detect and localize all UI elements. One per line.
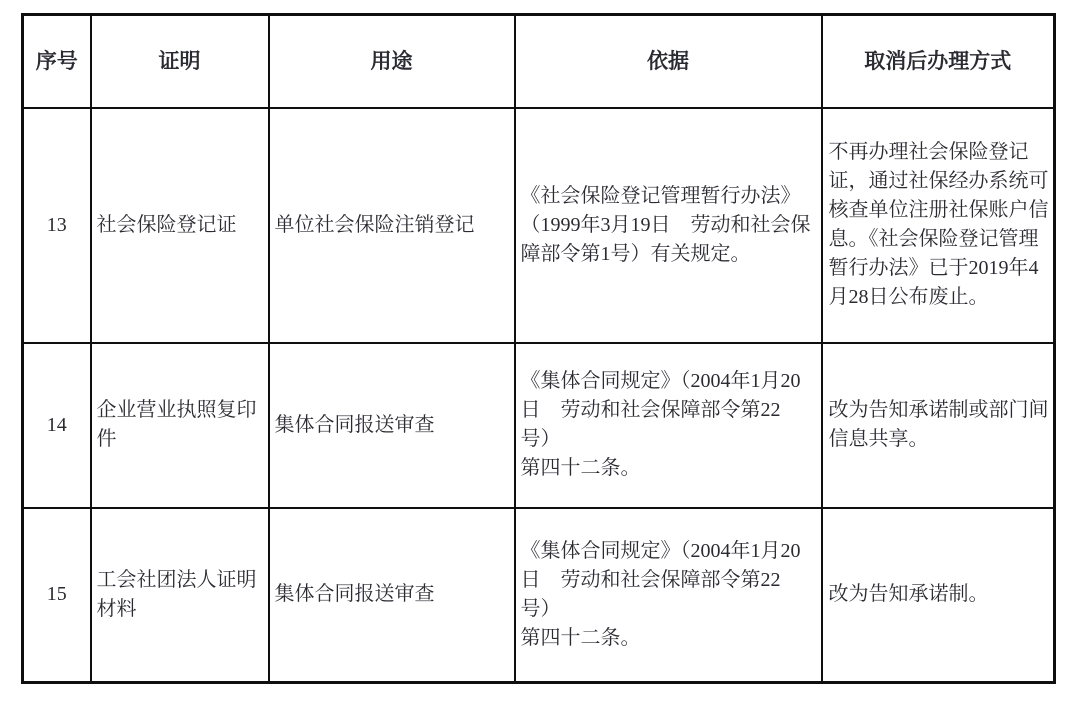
table-row: 13 社会保险登记证 单位社会保险注销登记 《社会保险登记管理暂行办法》 （19… bbox=[23, 108, 1055, 343]
header-handling-after-cancellation: 取消后办理方式 bbox=[822, 15, 1055, 108]
document-page: 序号 证明 用途 依据 取消后办理方式 13 社会保险登记证 单位社会保险注销登… bbox=[0, 0, 1080, 703]
header-serial-number: 序号 bbox=[23, 15, 91, 108]
cell-serial-number: 15 bbox=[23, 508, 91, 683]
cell-certificate: 社会保险登记证 bbox=[91, 108, 269, 343]
cell-certificate: 企业营业执照复印 件 bbox=[91, 343, 269, 508]
header-purpose: 用途 bbox=[269, 15, 515, 108]
cell-serial-number: 13 bbox=[23, 108, 91, 343]
header-basis: 依据 bbox=[515, 15, 822, 108]
table-header-row: 序号 证明 用途 依据 取消后办理方式 bbox=[23, 15, 1055, 108]
cell-handling-method: 改为告知承诺制或部门间 信息共享。 bbox=[822, 343, 1055, 508]
cell-serial-number: 14 bbox=[23, 343, 91, 508]
cell-purpose: 集体合同报送审查 bbox=[269, 508, 515, 683]
cell-certificate: 工会社团法人证明 材料 bbox=[91, 508, 269, 683]
table-row: 15 工会社团法人证明 材料 集体合同报送审查 《集体合同规定》（2004年1月… bbox=[23, 508, 1055, 683]
cell-purpose: 单位社会保险注销登记 bbox=[269, 108, 515, 343]
table-row: 14 企业营业执照复印 件 集体合同报送审查 《集体合同规定》（2004年1月2… bbox=[23, 343, 1055, 508]
cancelled-certificates-table: 序号 证明 用途 依据 取消后办理方式 13 社会保险登记证 单位社会保险注销登… bbox=[21, 13, 1056, 684]
cell-basis: 《社会保险登记管理暂行办法》 （1999年3月19日 劳动和社会保 障部令第1号… bbox=[515, 108, 822, 343]
cell-basis: 《集体合同规定》（2004年1月20 日 劳动和社会保障部令第22号） 第四十二… bbox=[515, 508, 822, 683]
header-certificate: 证明 bbox=[91, 15, 269, 108]
cell-purpose: 集体合同报送审查 bbox=[269, 343, 515, 508]
cell-handling-method: 改为告知承诺制。 bbox=[822, 508, 1055, 683]
cell-basis: 《集体合同规定》（2004年1月20 日 劳动和社会保障部令第22号） 第四十二… bbox=[515, 343, 822, 508]
cell-handling-method: 不再办理社会保险登记 证，通过社保经办系统可 核查单位注册社保账户信 息。《社会… bbox=[822, 108, 1055, 343]
